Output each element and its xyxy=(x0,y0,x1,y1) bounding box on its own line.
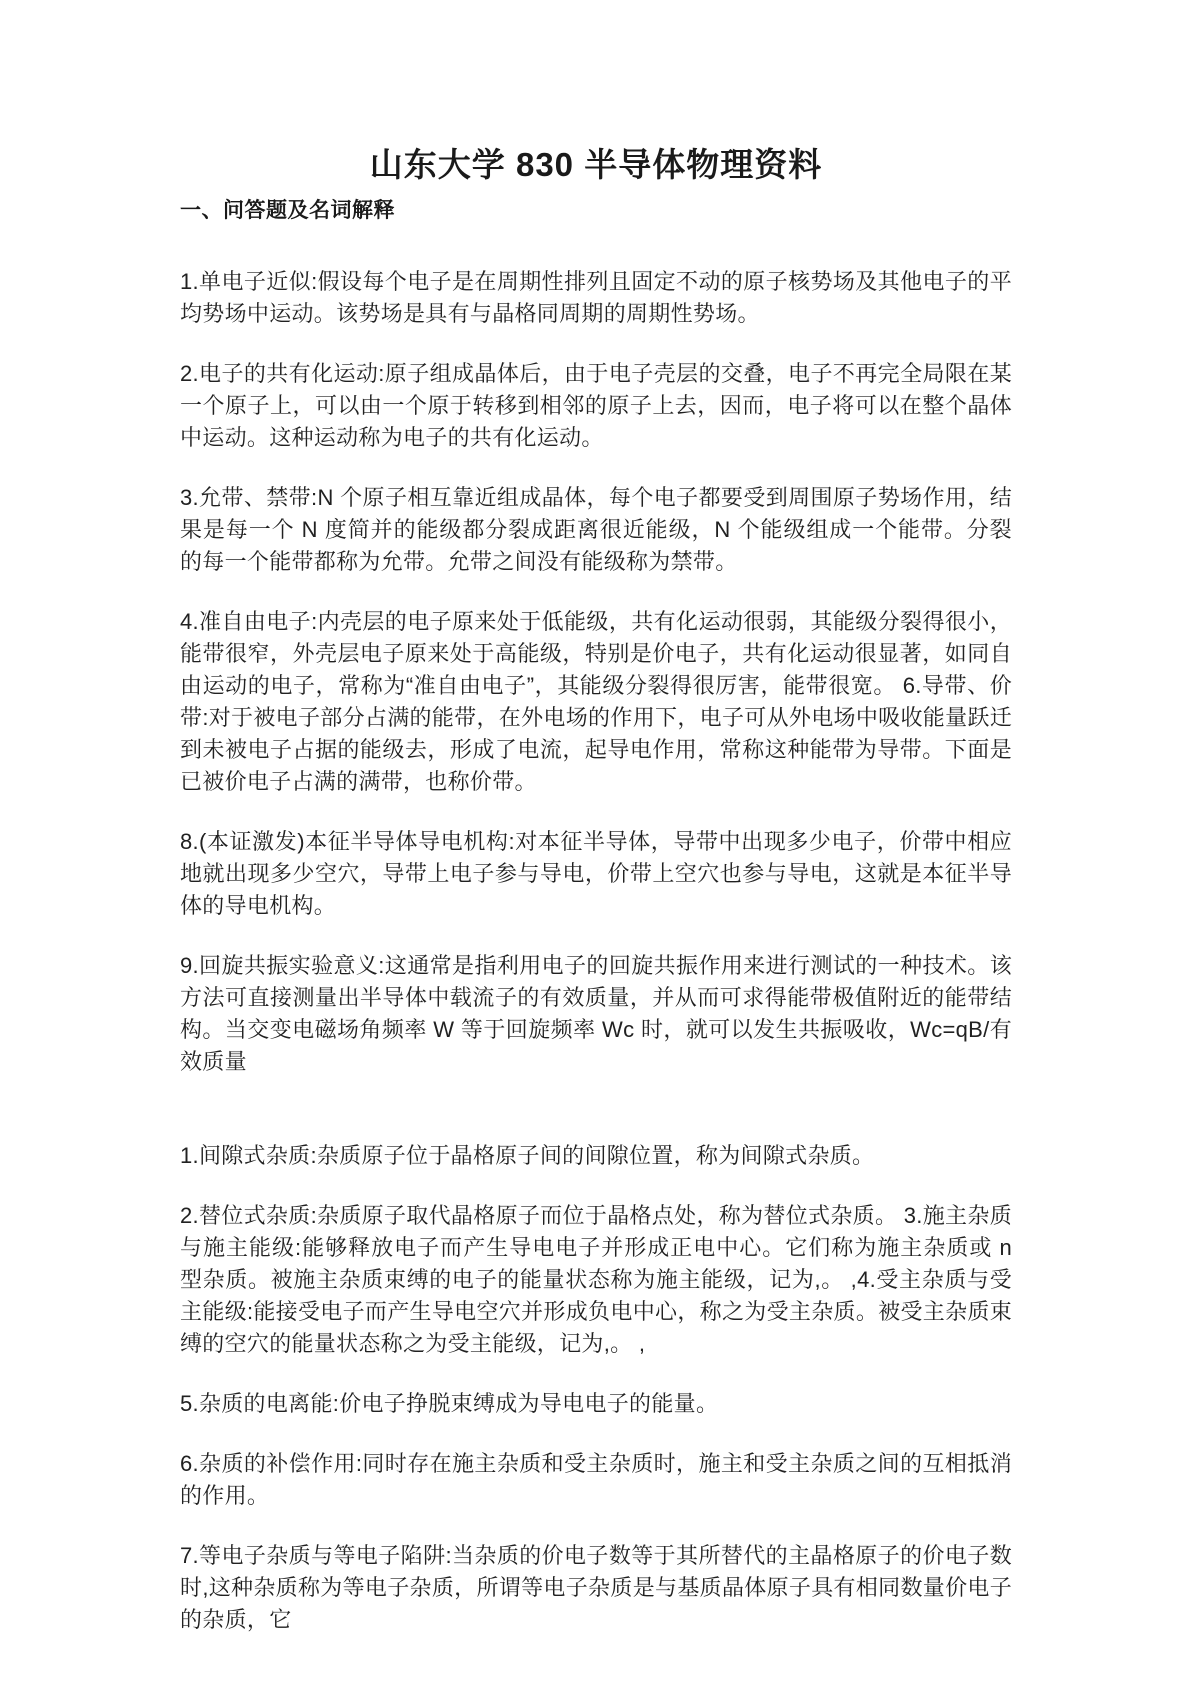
paragraph: 2.电子的共有化运动:原子组成晶体后，由于电子壳层的交叠，电子不再完全局限在某一… xyxy=(180,358,1012,454)
paragraph: 2.替位式杂质:杂质原子取代晶格原子而位于晶格点处，称为替位式杂质。 3.施主杂… xyxy=(180,1200,1012,1360)
paragraph: 4.准自由电子:内壳层的电子原来处于低能级，共有化运动很弱，其能级分裂得很小，能… xyxy=(180,606,1012,798)
paragraph: 6.杂质的补偿作用:同时存在施主杂质和受主杂质时，施主和受主杂质之间的互相抵消的… xyxy=(180,1448,1012,1512)
document-page: 山东大学 830 半导体物理资料 一、问答题及名词解释 1.单电子近似:假设每个… xyxy=(0,0,1190,1683)
paragraph-list: 1.单电子近似:假设每个电子是在周期性排列且固定不动的原子核势场及其他电子的平均… xyxy=(180,266,1012,1636)
paragraph: 3.允带、禁带:N 个原子相互靠近组成晶体，每个电子都要受到周围原子势场作用，结… xyxy=(180,482,1012,578)
paragraph: 9.回旋共振实验意义:这通常是指利用电子的回旋共振作用来进行测试的一种技术。该方… xyxy=(180,950,1012,1078)
paragraph: 8.(本证激发)本征半导体导电机构:对本征半导体，导带中出现多少电子，价带中相应… xyxy=(180,826,1012,922)
paragraph: 5.杂质的电离能:价电子挣脱束缚成为导电电子的能量。 xyxy=(180,1388,1012,1420)
blank-line xyxy=(180,1106,1012,1112)
document-title: 山东大学 830 半导体物理资料 xyxy=(180,144,1012,186)
paragraph: 1.单电子近似:假设每个电子是在周期性排列且固定不动的原子核势场及其他电子的平均… xyxy=(180,266,1012,330)
paragraph: 7.等电子杂质与等电子陷阱:当杂质的价电子数等于其所替代的主晶格原子的价电子数时… xyxy=(180,1540,1012,1636)
section-heading: 一、问答题及名词解释 xyxy=(180,198,1012,224)
paragraph: 1.间隙式杂质:杂质原子位于晶格原子间的间隙位置，称为间隙式杂质。 xyxy=(180,1140,1012,1172)
